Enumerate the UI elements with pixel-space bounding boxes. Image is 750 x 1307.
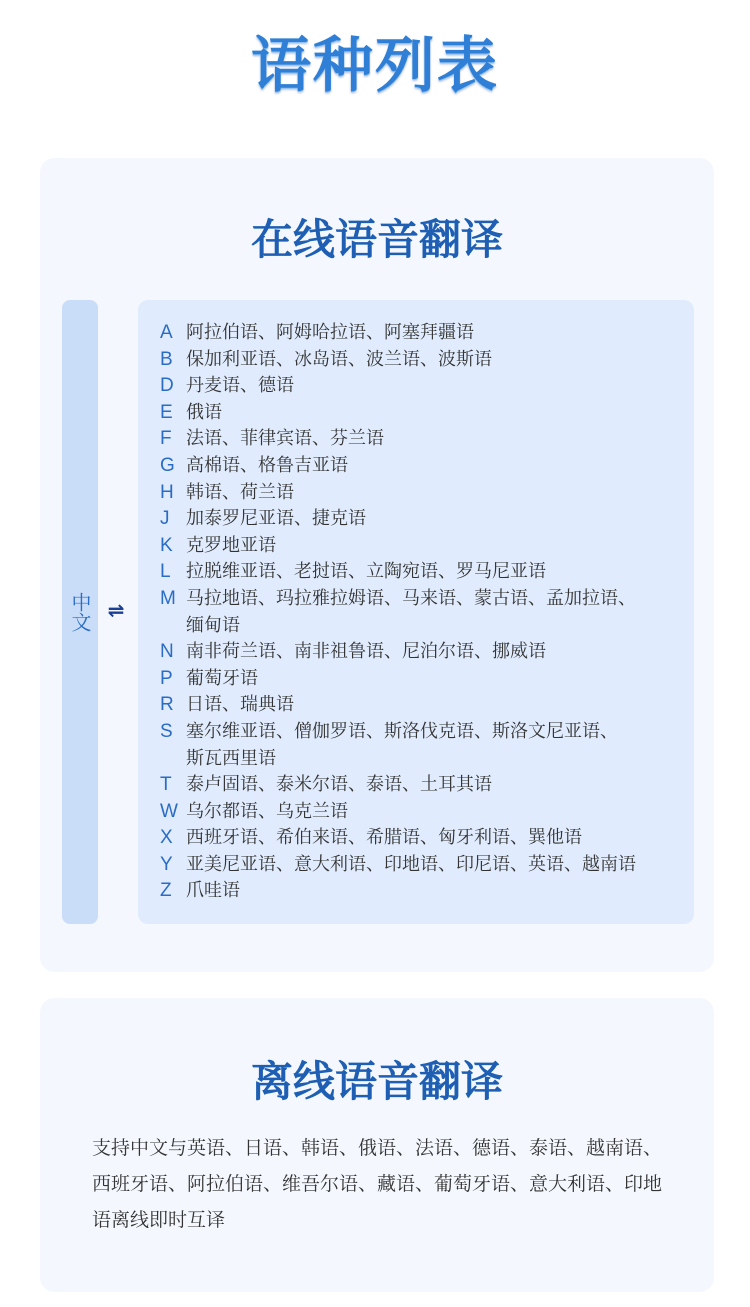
row-languages: 加泰罗尼亚语、捷克语 — [186, 506, 678, 533]
list-item: N南非荷兰语、南非祖鲁语、尼泊尔语、挪威语 — [160, 639, 678, 666]
list-item: T泰卢固语、泰米尔语、泰语、土耳其语 — [160, 772, 678, 799]
row-languages: 保加利亚语、冰岛语、波兰语、波斯语 — [186, 347, 678, 374]
row-letter: X — [160, 825, 186, 852]
row-letter: J — [160, 506, 186, 533]
row-languages: 亚美尼亚语、意大利语、印地语、印尼语、英语、越南语 — [186, 852, 678, 879]
source-language-label: 中文 — [62, 588, 98, 636]
list-item: E俄语 — [160, 400, 678, 427]
row-letter: H — [160, 480, 186, 507]
row-letter: W — [160, 799, 186, 826]
page-title: 语种列表 — [0, 26, 750, 106]
online-section-title: 在线语音翻译 — [40, 212, 714, 268]
offline-translation-card: 离线语音翻译 支持中文与英语、日语、韩语、俄语、法语、德语、泰语、越南语、西班牙… — [40, 998, 714, 1292]
swap-arrows-icon: ⇌ — [104, 598, 128, 622]
row-languages: 高棉语、格鲁吉亚语 — [186, 453, 678, 480]
offline-description: 支持中文与英语、日语、韩语、俄语、法语、德语、泰语、越南语、西班牙语、阿拉伯语、… — [92, 1130, 672, 1238]
row-letter: S — [160, 719, 186, 746]
list-item: Z爪哇语 — [160, 878, 678, 905]
row-letter: Y — [160, 852, 186, 879]
list-item: D丹麦语、德语 — [160, 373, 678, 400]
list-item: L拉脱维亚语、老挝语、立陶宛语、罗马尼亚语 — [160, 559, 678, 586]
row-languages: 丹麦语、德语 — [186, 373, 678, 400]
list-item: P葡萄牙语 — [160, 666, 678, 693]
row-letter: L — [160, 559, 186, 586]
row-languages: 乌尔都语、乌克兰语 — [186, 799, 678, 826]
row-letter: G — [160, 453, 186, 480]
list-item: G高棉语、格鲁吉亚语 — [160, 453, 678, 480]
row-letter: M — [160, 586, 186, 613]
row-letter: K — [160, 533, 186, 560]
source-language-pill: 中文 — [62, 300, 98, 924]
row-letter: D — [160, 373, 186, 400]
online-translation-card: 在线语音翻译 中文 ⇌ A阿拉伯语、阿姆哈拉语、阿塞拜疆语 B保加利亚语、冰岛语… — [40, 158, 714, 972]
list-item: R日语、瑞典语 — [160, 692, 678, 719]
list-item: X西班牙语、希伯来语、希腊语、匈牙利语、巽他语 — [160, 825, 678, 852]
list-item: Y亚美尼亚语、意大利语、印地语、印尼语、英语、越南语 — [160, 852, 678, 879]
row-languages: 葡萄牙语 — [186, 666, 678, 693]
row-languages: 克罗地亚语 — [186, 533, 678, 560]
row-letter: Z — [160, 878, 186, 905]
row-languages: 阿拉伯语、阿姆哈拉语、阿塞拜疆语 — [186, 320, 678, 347]
row-letter: B — [160, 347, 186, 374]
row-letter: E — [160, 400, 186, 427]
row-letter: T — [160, 772, 186, 799]
row-letter: A — [160, 320, 186, 347]
list-item: K克罗地亚语 — [160, 533, 678, 560]
list-item: J加泰罗尼亚语、捷克语 — [160, 506, 678, 533]
row-languages: 马拉地语、玛拉雅拉姆语、马来语、蒙古语、孟加拉语、 缅甸语 — [186, 586, 678, 639]
list-item: B保加利亚语、冰岛语、波兰语、波斯语 — [160, 347, 678, 374]
row-languages: 俄语 — [186, 400, 678, 427]
row-languages: 塞尔维亚语、僧伽罗语、斯洛伐克语、斯洛文尼亚语、 斯瓦西里语 — [186, 719, 678, 772]
list-item: F法语、菲律宾语、芬兰语 — [160, 426, 678, 453]
row-languages: 泰卢固语、泰米尔语、泰语、土耳其语 — [186, 772, 678, 799]
list-item: M马拉地语、玛拉雅拉姆语、马来语、蒙古语、孟加拉语、 缅甸语 — [160, 586, 678, 639]
row-languages: 爪哇语 — [186, 878, 678, 905]
row-languages: 拉脱维亚语、老挝语、立陶宛语、罗马尼亚语 — [186, 559, 678, 586]
row-languages: 法语、菲律宾语、芬兰语 — [186, 426, 678, 453]
row-letter: R — [160, 692, 186, 719]
row-letter: N — [160, 639, 186, 666]
language-list-panel: A阿拉伯语、阿姆哈拉语、阿塞拜疆语 B保加利亚语、冰岛语、波兰语、波斯语 D丹麦… — [138, 300, 694, 924]
list-item: A阿拉伯语、阿姆哈拉语、阿塞拜疆语 — [160, 320, 678, 347]
list-item: H韩语、荷兰语 — [160, 480, 678, 507]
row-letter: P — [160, 666, 186, 693]
list-item: W乌尔都语、乌克兰语 — [160, 799, 678, 826]
row-languages: 西班牙语、希伯来语、希腊语、匈牙利语、巽他语 — [186, 825, 678, 852]
row-languages: 南非荷兰语、南非祖鲁语、尼泊尔语、挪威语 — [186, 639, 678, 666]
row-languages: 日语、瑞典语 — [186, 692, 678, 719]
list-item: S塞尔维亚语、僧伽罗语、斯洛伐克语、斯洛文尼亚语、 斯瓦西里语 — [160, 719, 678, 772]
row-languages: 韩语、荷兰语 — [186, 480, 678, 507]
offline-section-title: 离线语音翻译 — [40, 1054, 714, 1110]
row-letter: F — [160, 426, 186, 453]
